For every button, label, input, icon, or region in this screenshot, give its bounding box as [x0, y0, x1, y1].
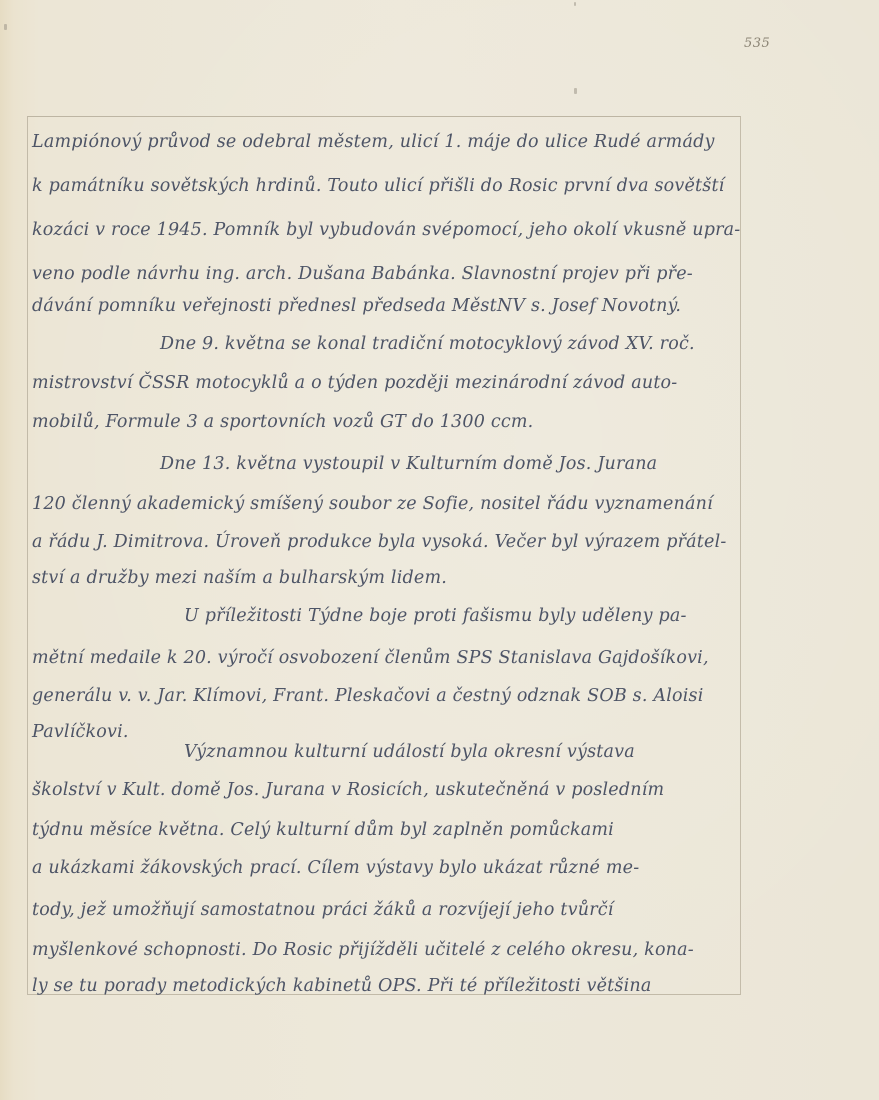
text-line: 120 členný akademický smíšený soubor ze … — [32, 494, 713, 514]
text-line: ství a družby mezi naším a bulharským li… — [32, 568, 447, 588]
text-line: mistrovství ČSSR motocyklů a o týden poz… — [32, 373, 677, 393]
paragraph-start-line: U příležitosti Týdne boje proti fašismu … — [184, 606, 687, 626]
text-line: myšlenkové schopnosti. Do Rosic přijíždě… — [32, 940, 694, 960]
text-line: ly se tu porady metodických kabinetů OPS… — [32, 976, 651, 996]
text-line: veno podle návrhu ing. arch. Dušana Babá… — [32, 264, 693, 284]
text-line: kozáci v roce 1945. Pomník byl vybudován… — [32, 220, 740, 240]
text-line: školství v Kult. domě Jos. Jurana v Rosi… — [32, 780, 664, 800]
text-line: generálu v. v. Jar. Klímovi, Frant. Ples… — [32, 686, 704, 706]
text-line: týdnu měsíce května. Celý kulturní dům b… — [32, 820, 614, 840]
text-line: mětní medaile k 20. výročí osvobození čl… — [32, 648, 709, 668]
paragraph-start-line: Významnou kulturní událostí byla okresní… — [184, 742, 635, 762]
text-line: a ukázkami žákovských prací. Cílem výsta… — [32, 858, 639, 878]
text-line: a řádu J. Dimitrova. Úroveň produkce byl… — [32, 532, 727, 552]
text-line: dávání pomníku veřejnosti přednesl předs… — [32, 296, 681, 316]
paper-speck — [574, 2, 576, 6]
paragraph-start-line: Dne 9. května se konal tradiční motocykl… — [160, 334, 695, 354]
page-number: 535 — [744, 36, 770, 51]
text-line: tody, jež umožňují samostatnou práci žák… — [32, 900, 614, 920]
text-line: mobilů, Formule 3 a sportovních vozů GT … — [32, 412, 533, 432]
text-line: k památníku sovětských hrdinů. Touto uli… — [32, 176, 724, 196]
text-line: Lampiónový průvod se odebral městem, uli… — [32, 132, 715, 152]
text-line: Pavlíčkovi. — [32, 722, 129, 742]
paper-speck — [4, 24, 7, 30]
paper-speck — [574, 88, 577, 94]
paragraph-start-line: Dne 13. května vystoupil v Kulturním dom… — [160, 454, 657, 474]
